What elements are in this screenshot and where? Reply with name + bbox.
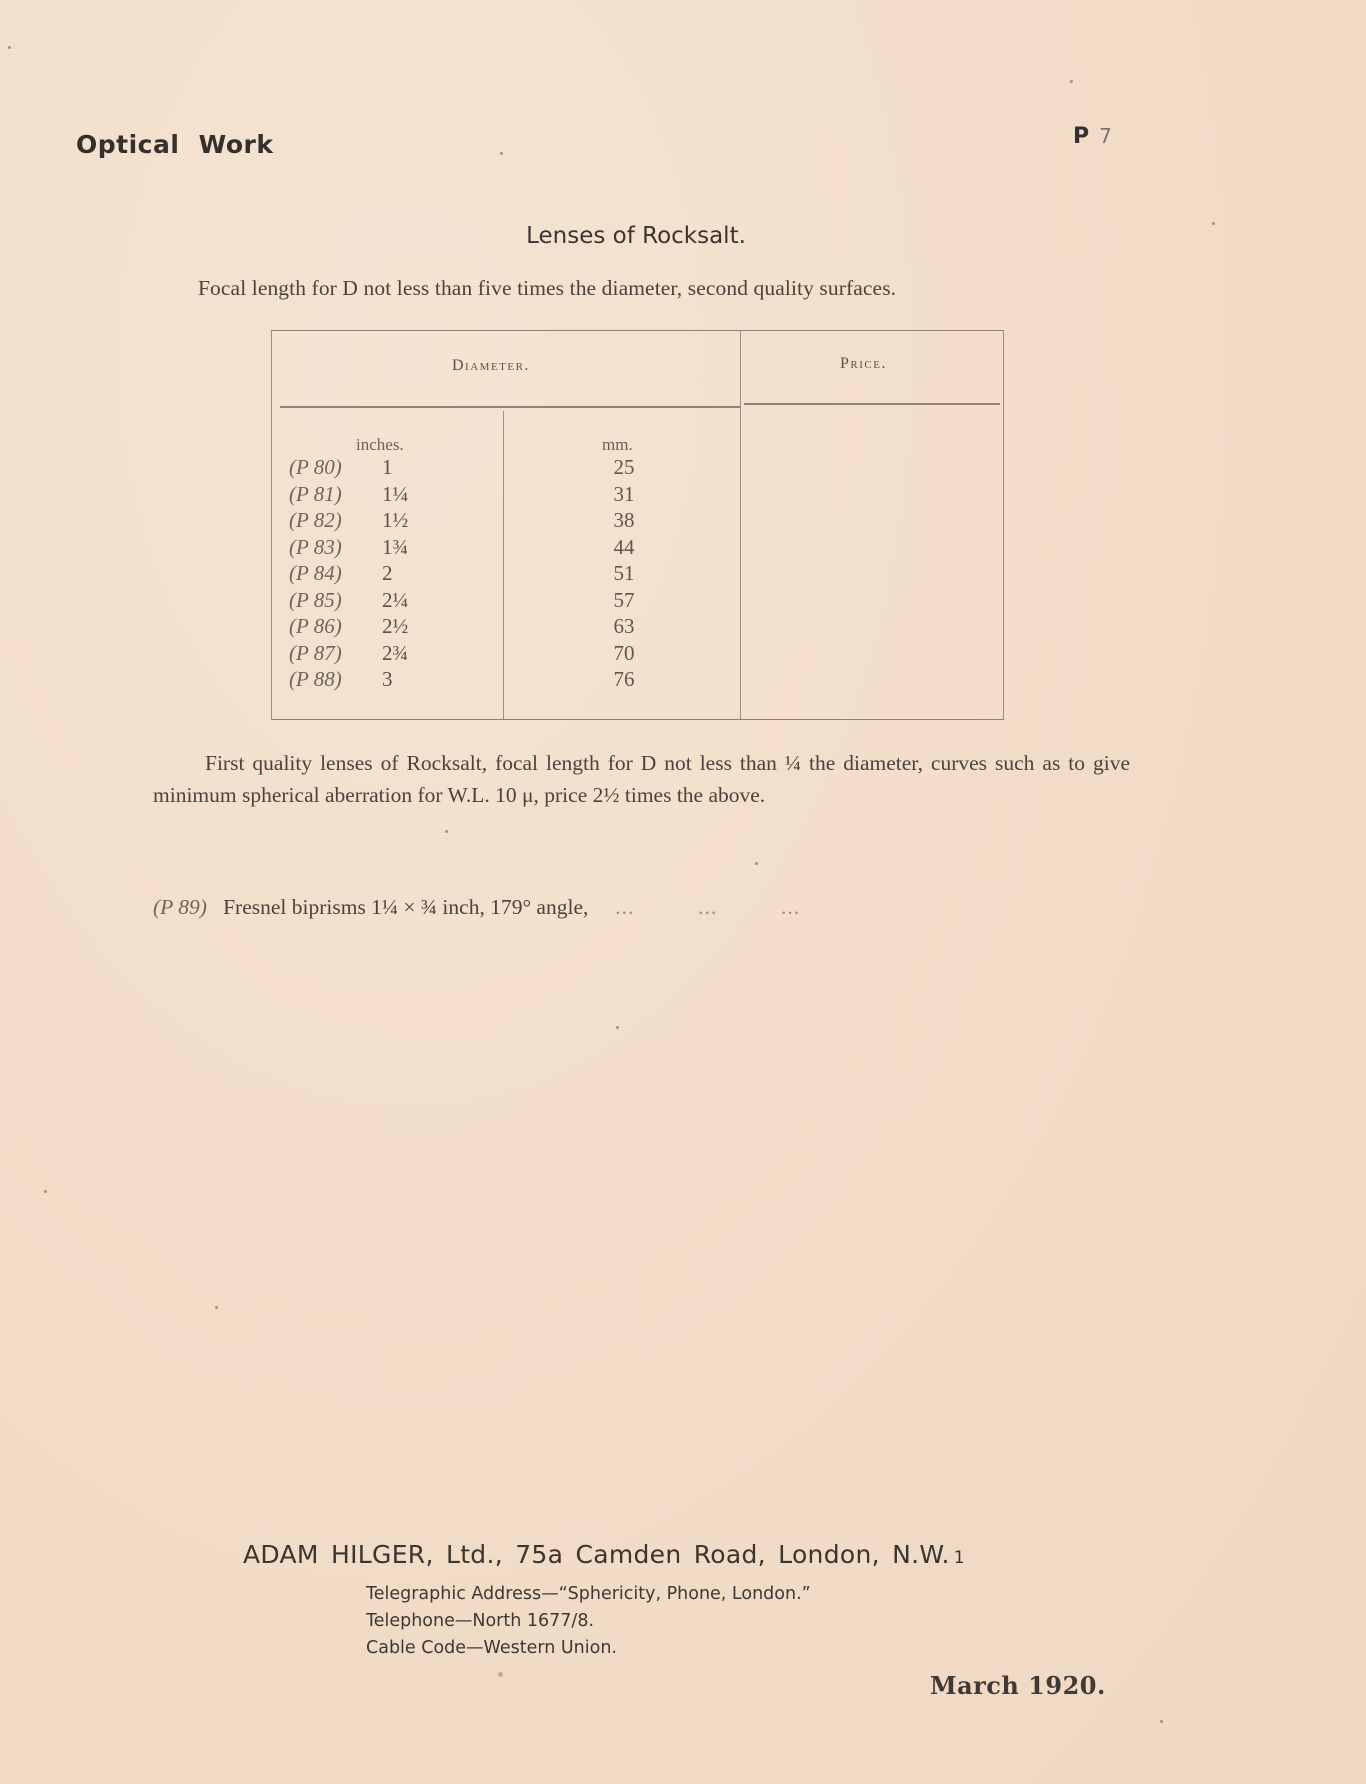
paper-speck (1160, 1720, 1163, 1723)
diameter-mm: 76 (594, 667, 654, 692)
telegraphic-address: Telegraphic Address—“Sphericity, Phone, … (366, 1584, 811, 1604)
company-name-address: ADAM HILGER, Ltd., 75a Camden Road, Lond… (243, 1540, 950, 1569)
table-row: (P 86) 2½ 63 (272, 614, 1003, 640)
telephone: Telephone—North 1677/8. (366, 1611, 594, 1631)
diameter-inches: 2½ (382, 614, 408, 639)
table-row: (P 80) 1 25 (272, 455, 1003, 481)
diameter-mm: 31 (594, 482, 654, 507)
diameter-inches: 2¼ (382, 588, 408, 613)
header-rule-price (744, 403, 1000, 405)
diameter-inches: 2 (382, 561, 393, 586)
paper-speck (498, 1672, 503, 1677)
diameter-inches: 2¾ (382, 641, 408, 666)
diameter-inches: 3 (382, 667, 393, 692)
table-row: (P 82) 1½ 38 (272, 508, 1003, 534)
table-row: (P 83) 1¾ 44 (272, 535, 1003, 561)
diameter-inches: 1 (382, 455, 393, 480)
diameter-inches: 1¼ (382, 482, 408, 507)
catalogue-code: (P 85) (289, 588, 342, 613)
catalogue-code: (P 84) (289, 561, 342, 586)
catalogue-code: (P 80) (289, 455, 342, 480)
page-number-value: 7 (1099, 124, 1112, 148)
page-number: P7 (1073, 124, 1112, 149)
table-row: (P 87) 2¾ 70 (272, 641, 1003, 667)
diameter-mm: 38 (594, 508, 654, 533)
table-row: (P 85) 2¼ 57 (272, 588, 1003, 614)
diameter-mm: 44 (594, 535, 654, 560)
diameter-mm: 51 (594, 561, 654, 586)
diameter-mm: 70 (594, 641, 654, 666)
publication-date: March 1920. (930, 1671, 1106, 1700)
paper-speck (215, 1306, 218, 1309)
catalogue-code: (P 81) (289, 482, 342, 507)
catalogue-code: (P 87) (289, 641, 342, 666)
header-price: Price. (840, 355, 887, 373)
header-rule-diameter (280, 406, 740, 408)
item-description: Fresnel biprisms 1¼ × ¾ inch, 179° angle… (223, 895, 588, 919)
fresnel-biprism-item: (P 89) Fresnel biprisms 1¼ × ¾ inch, 179… (153, 895, 800, 920)
paper-speck (616, 1026, 619, 1029)
first-quality-paragraph: First quality lenses of Rocksalt, focal … (153, 747, 1130, 811)
diameter-inches: 1½ (382, 508, 408, 533)
paper-speck (755, 862, 758, 865)
cable-code: Cable Code—Western Union. (366, 1638, 617, 1658)
table-row: (P 84) 2 51 (272, 561, 1003, 587)
table-row: (P 88) 3 76 (272, 667, 1003, 693)
paper-speck (500, 152, 503, 155)
diameter-inches: 1¾ (382, 535, 408, 560)
page-prefix: P (1073, 124, 1089, 149)
diameter-mm: 25 (594, 455, 654, 480)
paper-speck (1212, 222, 1215, 225)
paper-speck (44, 1190, 47, 1193)
catalogue-code: (P 86) (289, 614, 342, 639)
price-table: Diameter. Price. inches. mm. (P 80) 1 25… (271, 330, 1004, 720)
subheader-mm: mm. (602, 435, 633, 455)
paper-speck (1070, 80, 1073, 83)
catalogue-code: (P 89) (153, 895, 207, 919)
postal-district: 1 (954, 1548, 965, 1568)
paper-speck (445, 830, 448, 833)
leader-dots: ... ... ... (615, 895, 800, 919)
catalogue-code: (P 83) (289, 535, 342, 560)
section-subtitle: Focal length for D not less than five ti… (198, 276, 896, 301)
diameter-mm: 63 (594, 614, 654, 639)
subheader-inches: inches. (356, 435, 404, 455)
catalogue-code: (P 88) (289, 667, 342, 692)
paper-speck (8, 46, 11, 49)
header-diameter: Diameter. (452, 357, 530, 375)
company-address: ADAM HILGER, Ltd., 75a Camden Road, Lond… (243, 1540, 965, 1569)
catalogue-code: (P 82) (289, 508, 342, 533)
table-row: (P 81) 1¼ 31 (272, 482, 1003, 508)
diameter-mm: 57 (594, 588, 654, 613)
section-title: Lenses of Rocksalt. (0, 223, 1272, 249)
running-head: Optical Work (76, 130, 273, 159)
